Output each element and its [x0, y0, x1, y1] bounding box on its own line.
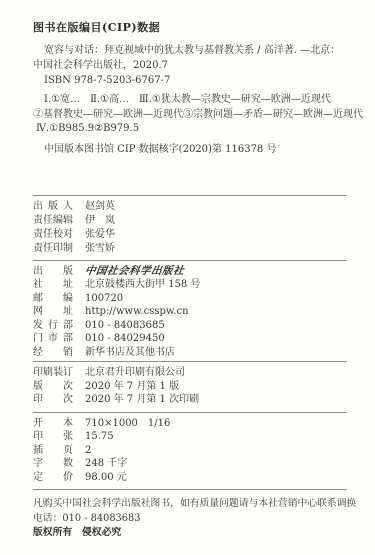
row-value: 710×1000 1/16 [85, 418, 170, 429]
row-distribution-dept: 发行部010 - 84083685 [33, 319, 347, 333]
cip-title-line-2: 中国社会科学出版社，2020.7 [33, 58, 347, 73]
row-value: 010 - 84029450 [85, 333, 165, 344]
row-publisher: 出版中国社会科学出版社 [33, 265, 347, 279]
row-value: 010 - 84083685 [85, 320, 165, 331]
row-label: 责任校对 [33, 228, 73, 242]
divider-2 [33, 260, 347, 261]
cip-isbn: ISBN 978-7-5203-6767-7 [33, 73, 347, 88]
divider-3 [33, 361, 347, 362]
row-value: 2020 年 7 月第 1 版 [85, 381, 179, 392]
row-label: 网址 [33, 305, 73, 319]
row-label: 邮编 [33, 292, 73, 306]
row-value: 2020 年 7 月第 1 次印刷 [85, 394, 199, 405]
row-value: 15.75 [85, 431, 114, 442]
row-value: 248 千字 [85, 458, 127, 469]
row-address: 社址北京鼓楼西大街甲 158 号 [33, 278, 347, 292]
row-label: 字数 [33, 457, 73, 471]
row-value: 张雪娇 [85, 243, 115, 254]
row-website: 网址http://www.csspw.cn [33, 305, 347, 319]
row-price: 定价98.00 元 [33, 471, 347, 485]
row-value: 北京君升印刷有限公司 [85, 367, 185, 378]
row-label: 发行部 [33, 319, 73, 333]
footer-copyright: 版权所有 侵权必究 [33, 526, 347, 541]
row-proofreader: 责任校对张爱华 [33, 228, 347, 242]
row-label: 插页 [33, 444, 73, 458]
publisher-url: http://www.csspw.cn [85, 306, 189, 317]
row-label: 版次 [33, 380, 73, 394]
row-value: 98.00 元 [85, 472, 127, 483]
row-value: 张爱华 [85, 229, 115, 240]
row-print-supervisor: 责任印制张雪娇 [33, 242, 347, 256]
divider-5 [33, 489, 347, 490]
footer-notice: 凡购买中国社会科学出版社图书，如有质量问题请与本社营销中心联系调换 [33, 497, 347, 512]
row-label: 社址 [33, 278, 73, 292]
row-label: 印次 [33, 393, 73, 407]
staff-block: 出版人赵剑英 责任编辑伊 岚 责任校对张爱华 责任印制张雪娇 [33, 200, 347, 256]
row-inserts: 插页2 [33, 444, 347, 458]
row-value: 100720 [85, 293, 123, 304]
publisher-logo-text: 中国社会科学出版社 [84, 265, 185, 279]
row-retail-dept: 门市部010 - 84029450 [33, 332, 347, 346]
row-value: 伊 岚 [85, 215, 115, 226]
row-distributor: 经销新华书店及其他书店 [33, 346, 347, 360]
row-label: 定价 [33, 471, 73, 485]
cip-class-line-2: ②基督教史—研究—欧洲—近现代③宗教问题—矛盾—研究—欧洲—近现代 [33, 108, 347, 123]
divider-1 [33, 195, 347, 196]
format-block: 开本710×1000 1/16 印张15.75 插页2 字数248 千字 定价9… [33, 417, 347, 485]
row-postcode: 邮编100720 [33, 292, 347, 306]
row-word-count: 字数248 千字 [33, 457, 347, 471]
row-label: 责任印制 [33, 242, 73, 256]
cip-record-number: 中国版本图书馆 CIP 数据核字(2020)第 116378 号 [33, 142, 347, 157]
row-edition: 版次2020 年 7 月第 1 版 [33, 380, 347, 394]
publisher-block: 出版中国社会科学出版社 社址北京鼓楼西大街甲 158 号 邮编100720 网址… [33, 265, 347, 360]
cip-title-line-1: 宽容与对话：拜克视域中的犹太教与基督教关系 / 高洋著. —北京： [33, 43, 347, 58]
cip-class-line-3: Ⅳ.①B985.9②B979.5 [33, 122, 347, 137]
row-editor: 责任编辑伊 岚 [33, 214, 347, 228]
row-printer: 印刷装订北京君升印刷有限公司 [33, 366, 347, 380]
row-value: 2 [85, 445, 91, 456]
cip-class-line-1: Ⅰ.①宽… Ⅱ.①高… Ⅲ.①犹太教—宗教史—研究—欧洲—近现代 [33, 93, 347, 108]
footer-phone: 电话：010 - 84083683 [33, 512, 347, 527]
row-label: 门市部 [33, 332, 73, 346]
row-label: 责任编辑 [33, 214, 73, 228]
row-value: 新华书店及其他书店 [85, 347, 175, 358]
row-label: 印张 [33, 430, 73, 444]
row-value: 北京鼓楼西大街甲 158 号 [85, 279, 200, 290]
row-sheets: 印张15.75 [33, 430, 347, 444]
printing-block: 印刷装订北京君升印刷有限公司 版次2020 年 7 月第 1 版 印次2020 … [33, 366, 347, 407]
cip-heading: 图书在版编目(CIP)数据 [33, 21, 347, 34]
row-label: 开本 [33, 417, 73, 431]
row-format: 开本710×1000 1/16 [33, 417, 347, 431]
row-label: 经销 [33, 346, 73, 360]
divider-4 [33, 412, 347, 413]
copyright-page: 图书在版编目(CIP)数据 宽容与对话：拜克视域中的犹太教与基督教关系 / 高洋… [0, 0, 375, 555]
footer-block: 凡购买中国社会科学出版社图书，如有质量问题请与本社营销中心联系调换 电话：010… [33, 497, 347, 541]
row-label: 出版 [33, 265, 73, 279]
row-label: 印刷装订 [33, 366, 73, 380]
row-label: 出版人 [33, 200, 73, 214]
row-publisher-person: 出版人赵剑英 [33, 200, 347, 214]
row-value: 赵剑英 [85, 201, 115, 212]
row-impression: 印次2020 年 7 月第 1 次印刷 [33, 393, 347, 407]
